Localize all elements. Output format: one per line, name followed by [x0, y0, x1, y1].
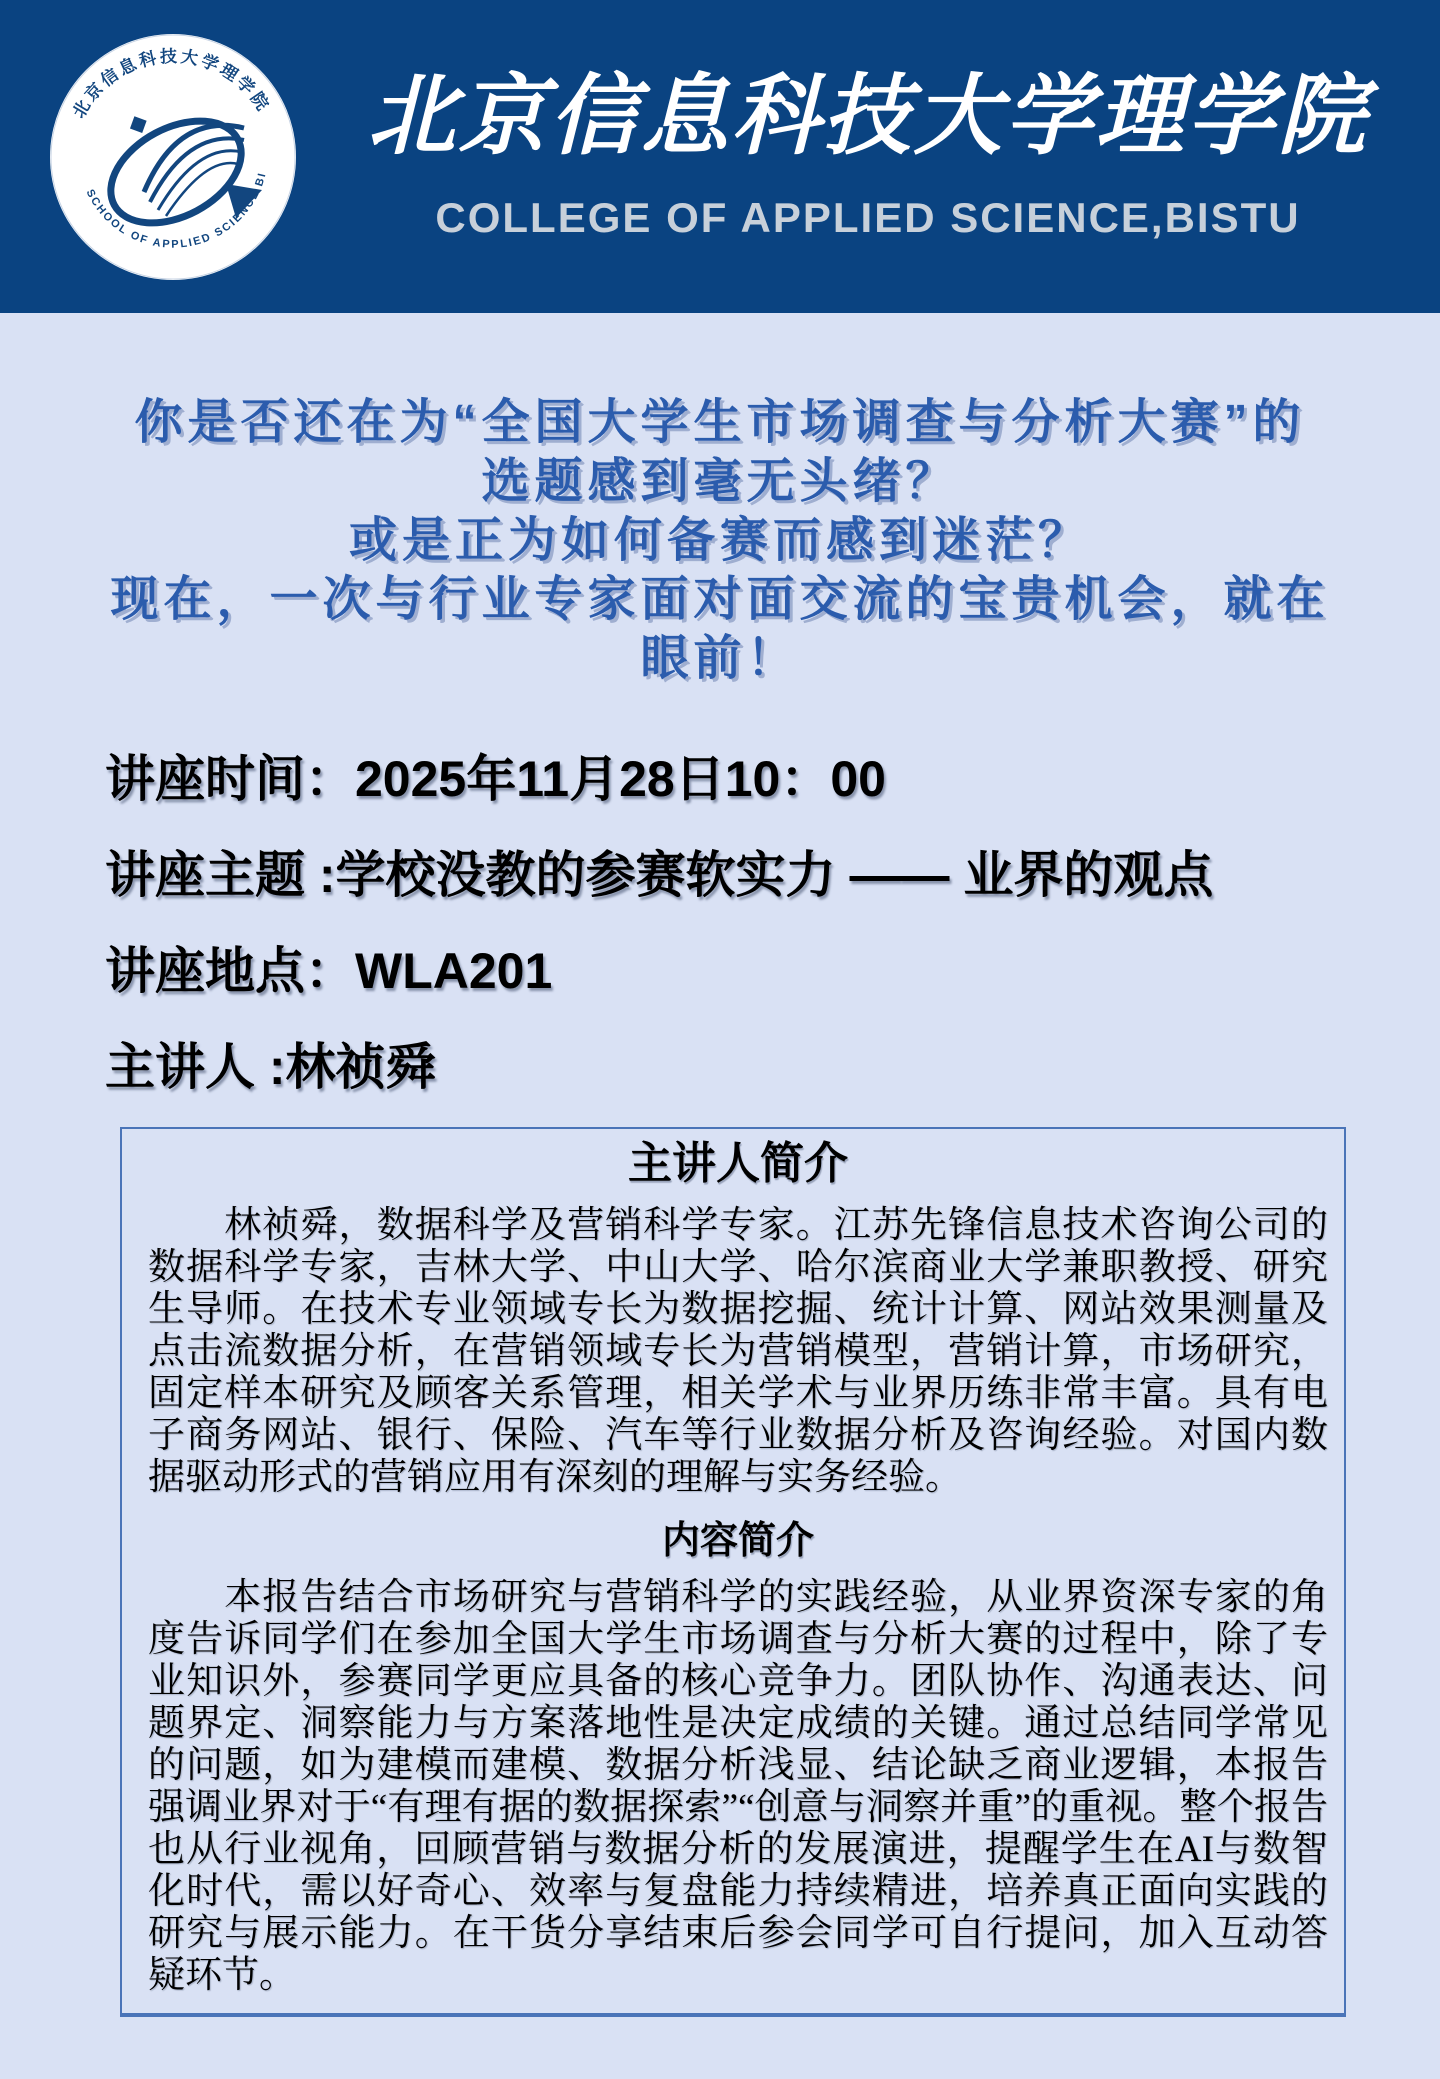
promo-line-4: 现在，一次与行业专家面对面交流的宝贵机会，就在	[50, 570, 1390, 629]
detail-value-topic: 学校没教的参赛软实力 —— 业界的观点	[336, 847, 1214, 903]
detail-value-speaker: 林祯舜	[286, 1039, 436, 1095]
detail-value-location: WLA201	[355, 943, 552, 999]
lecture-details: 讲座时间：2025年11月28日10：00 讲座主题 :学校没教的参赛软实力 —…	[105, 754, 1440, 1092]
promo-line-3: 或是正为如何备赛而感到迷茫？	[50, 511, 1390, 570]
detail-label-topic: 讲座主题 :	[105, 847, 336, 903]
detail-row-topic: 讲座主题 :学校没教的参赛软实力 —— 业界的观点	[105, 850, 1440, 900]
speaker-intro-title: 主讲人简介	[148, 1139, 1328, 1189]
banner-title-block: 北京信息科技大学理学院 COLLEGE OF APPLIED SCIENCE,B…	[310, 40, 1426, 242]
promo-line-5: 眼前！	[50, 629, 1390, 688]
university-name-en: COLLEGE OF APPLIED SCIENCE,BISTU	[310, 194, 1426, 242]
detail-label-time: 讲座时间：	[105, 751, 355, 807]
detail-row-speaker: 主讲人 :林祯舜	[105, 1042, 1440, 1092]
header-banner: 北京信息科技大学理学院 SCHOOL OF APPLIED SCIENCE BI…	[0, 0, 1440, 313]
detail-row-location: 讲座地点：WLA201	[105, 946, 1440, 996]
university-name-cn: 北京信息科技大学理学院	[310, 40, 1426, 190]
promo-line-2: 选题感到毫无头绪？	[50, 452, 1390, 511]
detail-label-location: 讲座地点：	[105, 943, 355, 999]
college-logo-icon: 北京信息科技大学理学院 SCHOOL OF APPLIED SCIENCE BI…	[48, 32, 298, 282]
promo-headline: 你是否还在为“全国大学生市场调查与分析大赛”的 选题感到毫无头绪？ 或是正为如何…	[50, 393, 1390, 688]
detail-row-time: 讲座时间：2025年11月28日10：00	[105, 754, 1440, 804]
content-summary: 本报告结合市场研究与营销科学的实践经验，从业界资深专家的角度告诉同学们在参加全国…	[148, 1577, 1328, 1997]
promo-line-1: 你是否还在为“全国大学生市场调查与分析大赛”的	[50, 393, 1390, 452]
content-intro-title: 内容简介	[148, 1519, 1328, 1563]
speaker-profile-box: 主讲人简介 林祯舜，数据科学及营销科学专家。江苏先锋信息技术咨询公司的数据科学专…	[120, 1127, 1346, 2017]
detail-value-time: 2025年11月28日10：00	[355, 751, 886, 807]
detail-label-speaker: 主讲人 :	[105, 1039, 286, 1095]
speaker-bio: 林祯舜，数据科学及营销科学专家。江苏先锋信息技术咨询公司的数据科学专家，吉林大学…	[148, 1205, 1328, 1499]
